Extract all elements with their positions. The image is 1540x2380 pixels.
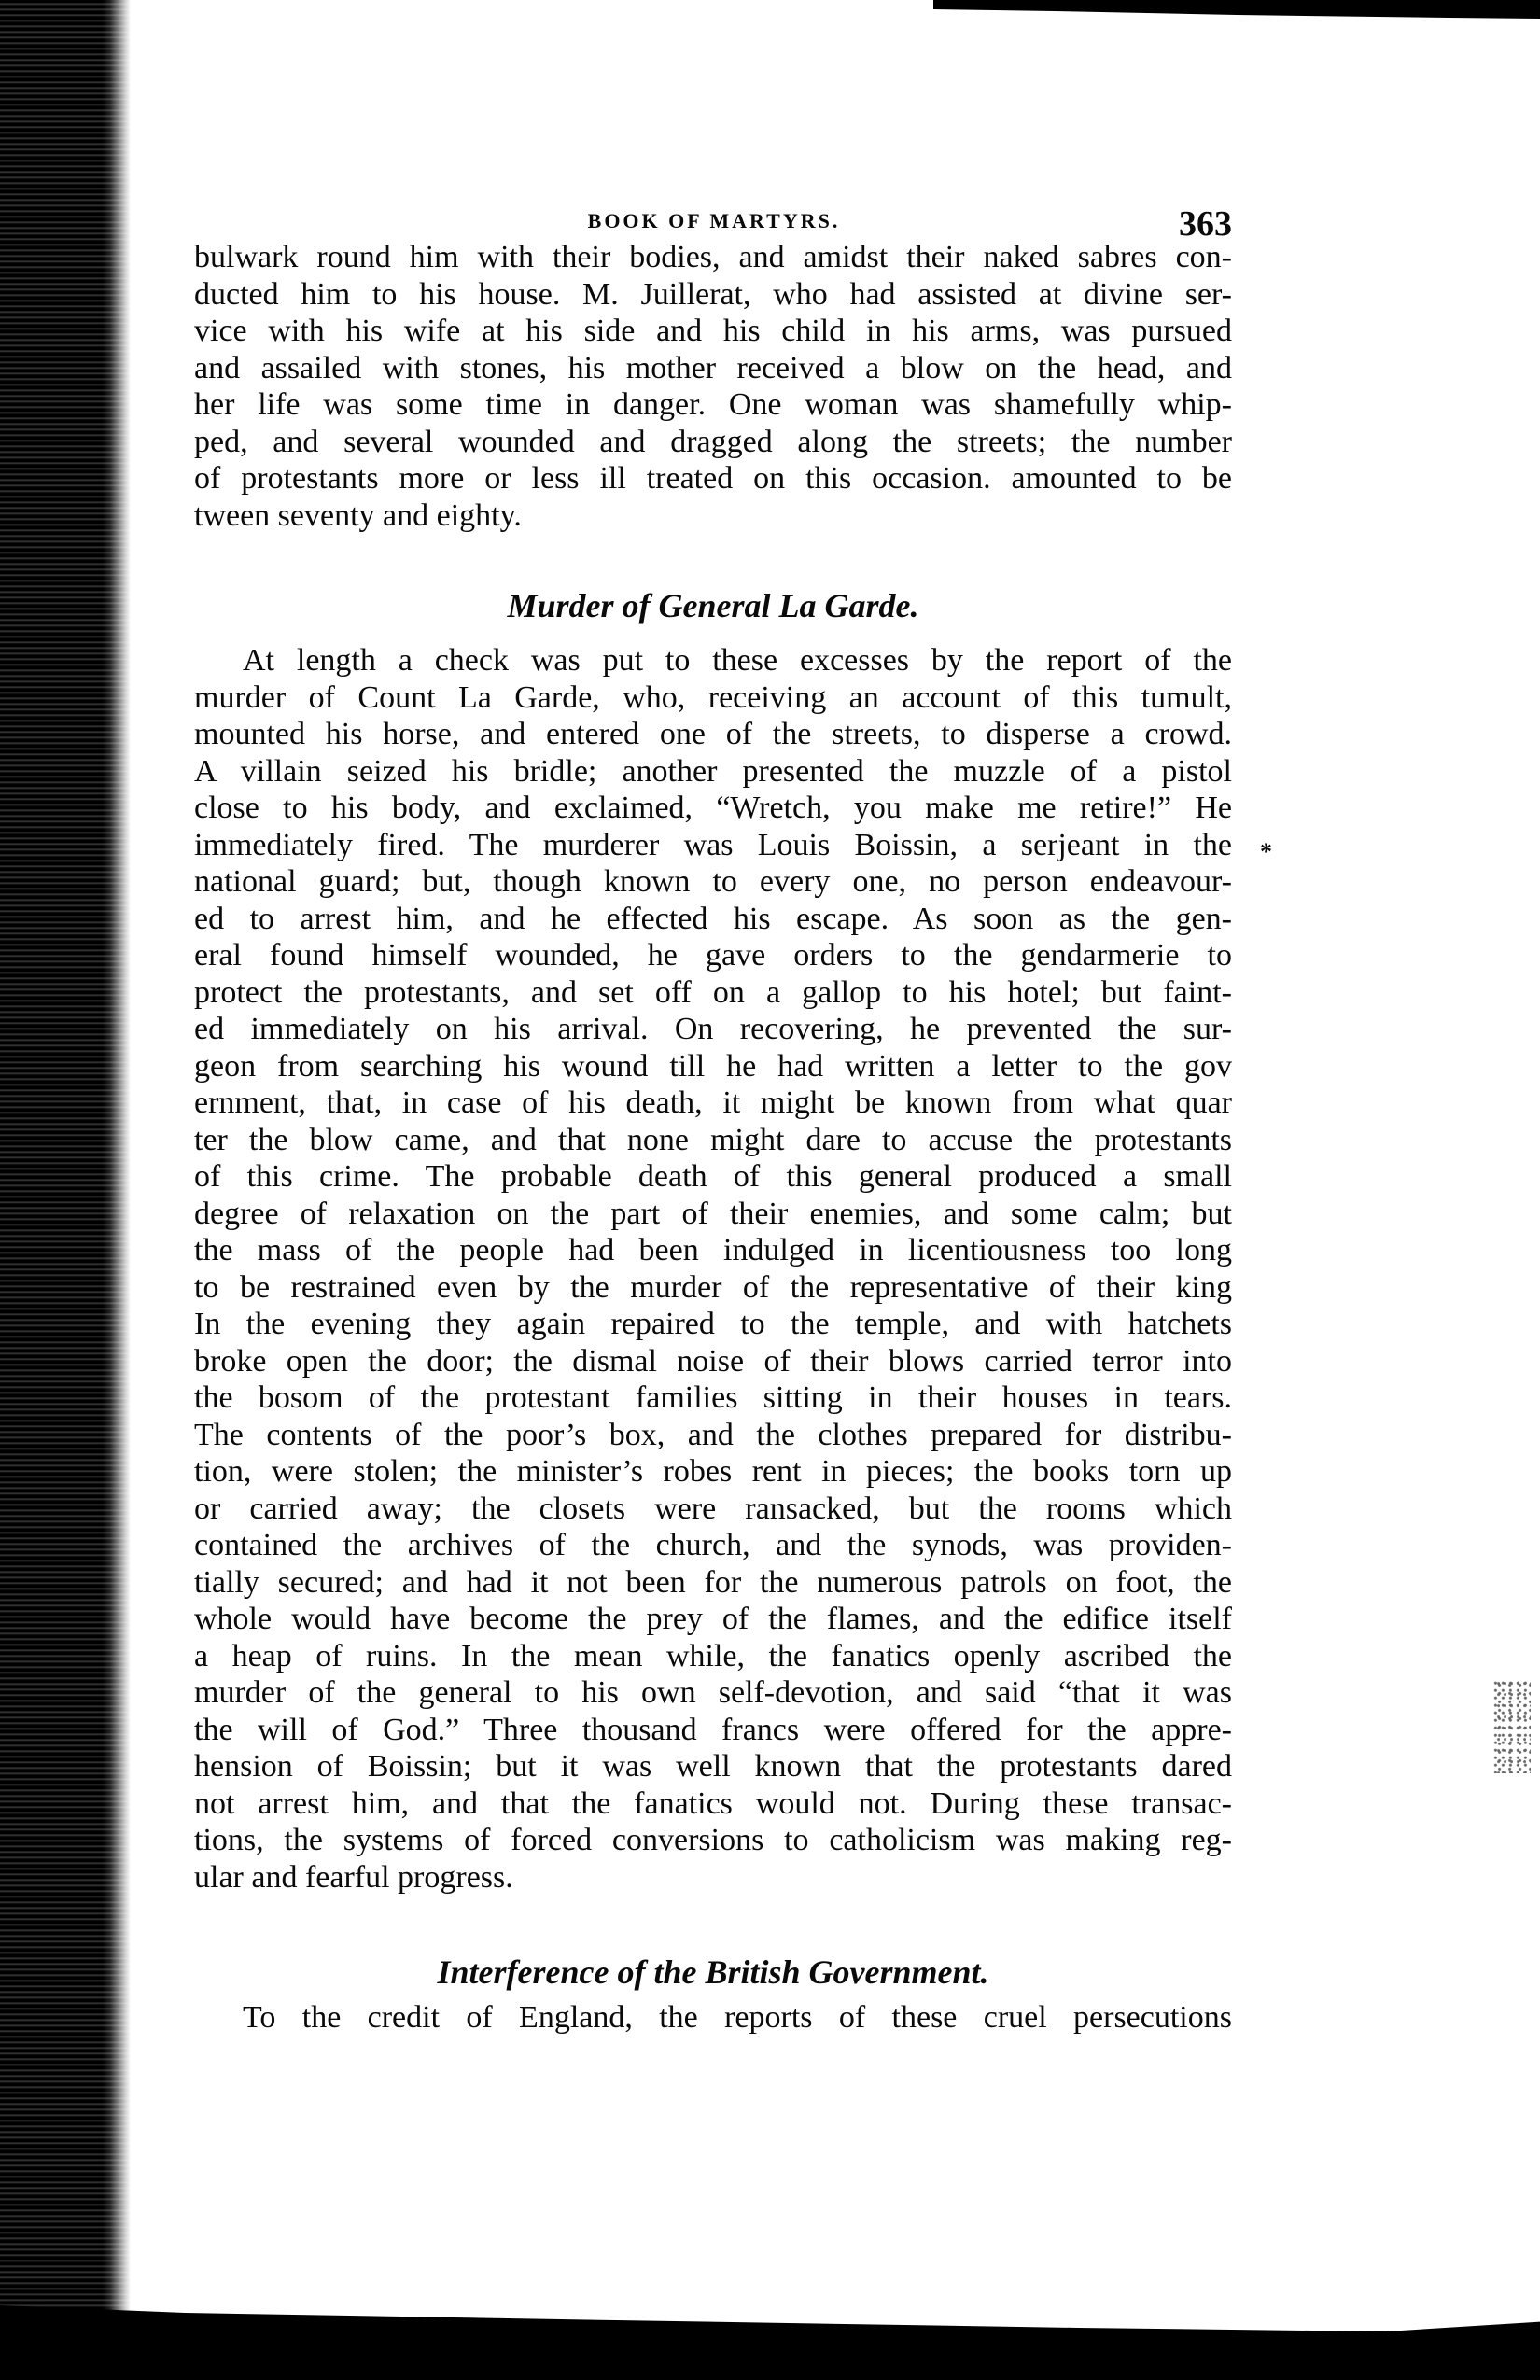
text-line: ed immediately on his arrival. On recove… [194,1011,1232,1048]
text-line: immediately fired. The murderer was Loui… [194,827,1232,864]
text-line: bulwark round him with their bodies, and… [194,239,1232,276]
running-title: BOOK OF MARTYRS. [196,209,1232,233]
book-page: BOOK OF MARTYRS. 363 bulwark round him w… [0,0,1540,2380]
text-line: the mass of the people had been indulged… [194,1232,1232,1269]
text-line: the bosom of the protestant families sit… [194,1379,1232,1417]
text-line: vice with his wife at his side and his c… [194,313,1232,350]
text-line: murder of the general to his own self-de… [194,1674,1232,1712]
text-line: of this crime. The probable death of thi… [194,1158,1232,1196]
text-line: ular and fearful progress. [194,1859,1232,1897]
text-line: ducted him to his house. M. Juillerat, w… [194,276,1232,314]
text-line: and assailed with stones, his mother rec… [194,350,1232,387]
text-line: ed to arrest him, and he effected his es… [194,901,1232,938]
text-line: To the credit of England, the reports of… [194,1999,1232,2037]
text-line: ped, and several wounded and dragged alo… [194,424,1232,461]
text-line: of protestants more or less ill treated … [194,460,1232,497]
text-line: protect the protestants, and set off on … [194,974,1232,1012]
paragraph-british-government: To the credit of England, the reports of… [194,1999,1232,2037]
text-line: ernment, that, in case of his death, it … [194,1085,1232,1122]
text-line: not arrest him, and that the fanatics wo… [194,1785,1232,1823]
paragraph-continued: bulwark round him with their bodies, and… [194,239,1232,534]
text-line: national guard; but, though known to eve… [194,863,1232,901]
text-line: geon from searching his wound till he ha… [194,1048,1232,1085]
text-line: mounted his horse, and entered one of th… [194,716,1232,753]
paragraph-la-garde: At length a check was put to these exces… [194,642,1232,1896]
text-line: In the evening they again repaired to th… [194,1306,1232,1343]
text-line: tion, were stolen; the minister’s robes … [194,1453,1232,1491]
scan-top-edge [933,0,1540,19]
margin-asterisk: * [1260,838,1272,866]
text-line: eral found himself wounded, he gave orde… [194,937,1232,974]
section-heading-murder-of-general-la-garde: Murder of General La Garde. [194,586,1232,625]
scan-speckle [1493,1680,1531,1773]
text-line: hension of Boissin; but it was well know… [194,1748,1232,1785]
text-line: tially secured; and had it not been for … [194,1564,1232,1602]
text-line: whole would have become the prey of the … [194,1601,1232,1638]
text-line: broke open the door; the dismal noise of… [194,1343,1232,1380]
text-line: a heap of ruins. In the mean while, the … [194,1638,1232,1675]
text-line: tions, the systems of forced conversions… [194,1822,1232,1859]
text-line: close to his body, and exclaimed, “Wretc… [194,790,1232,827]
text-line: or carried away; the closets were ransac… [194,1491,1232,1528]
text-line: tween seventy and eighty. [194,497,1232,535]
text-line: murder of Count La Garde, who, receiving… [194,679,1232,717]
text-line: to be restrained even by the murder of t… [194,1269,1232,1307]
section-heading-interference-of-the-british-government: Interference of the British Government. [194,1953,1232,1992]
text-line: the will of God.” Three thousand francs … [194,1712,1232,1749]
text-line: ter the blow came, and that none might d… [194,1122,1232,1159]
text-line: contained the archives of the church, an… [194,1527,1232,1564]
scan-bottom-edge [0,2305,1540,2380]
text-line: her life was some time in danger. One wo… [194,386,1232,424]
text-line: At length a check was put to these exces… [194,642,1232,679]
text-line: A villain seized his bridle; another pre… [194,753,1232,791]
text-line: degree of relaxation on the part of thei… [194,1196,1232,1233]
binding-shadow [0,0,131,2380]
text-line: The contents of the poor’s box, and the … [194,1417,1232,1454]
